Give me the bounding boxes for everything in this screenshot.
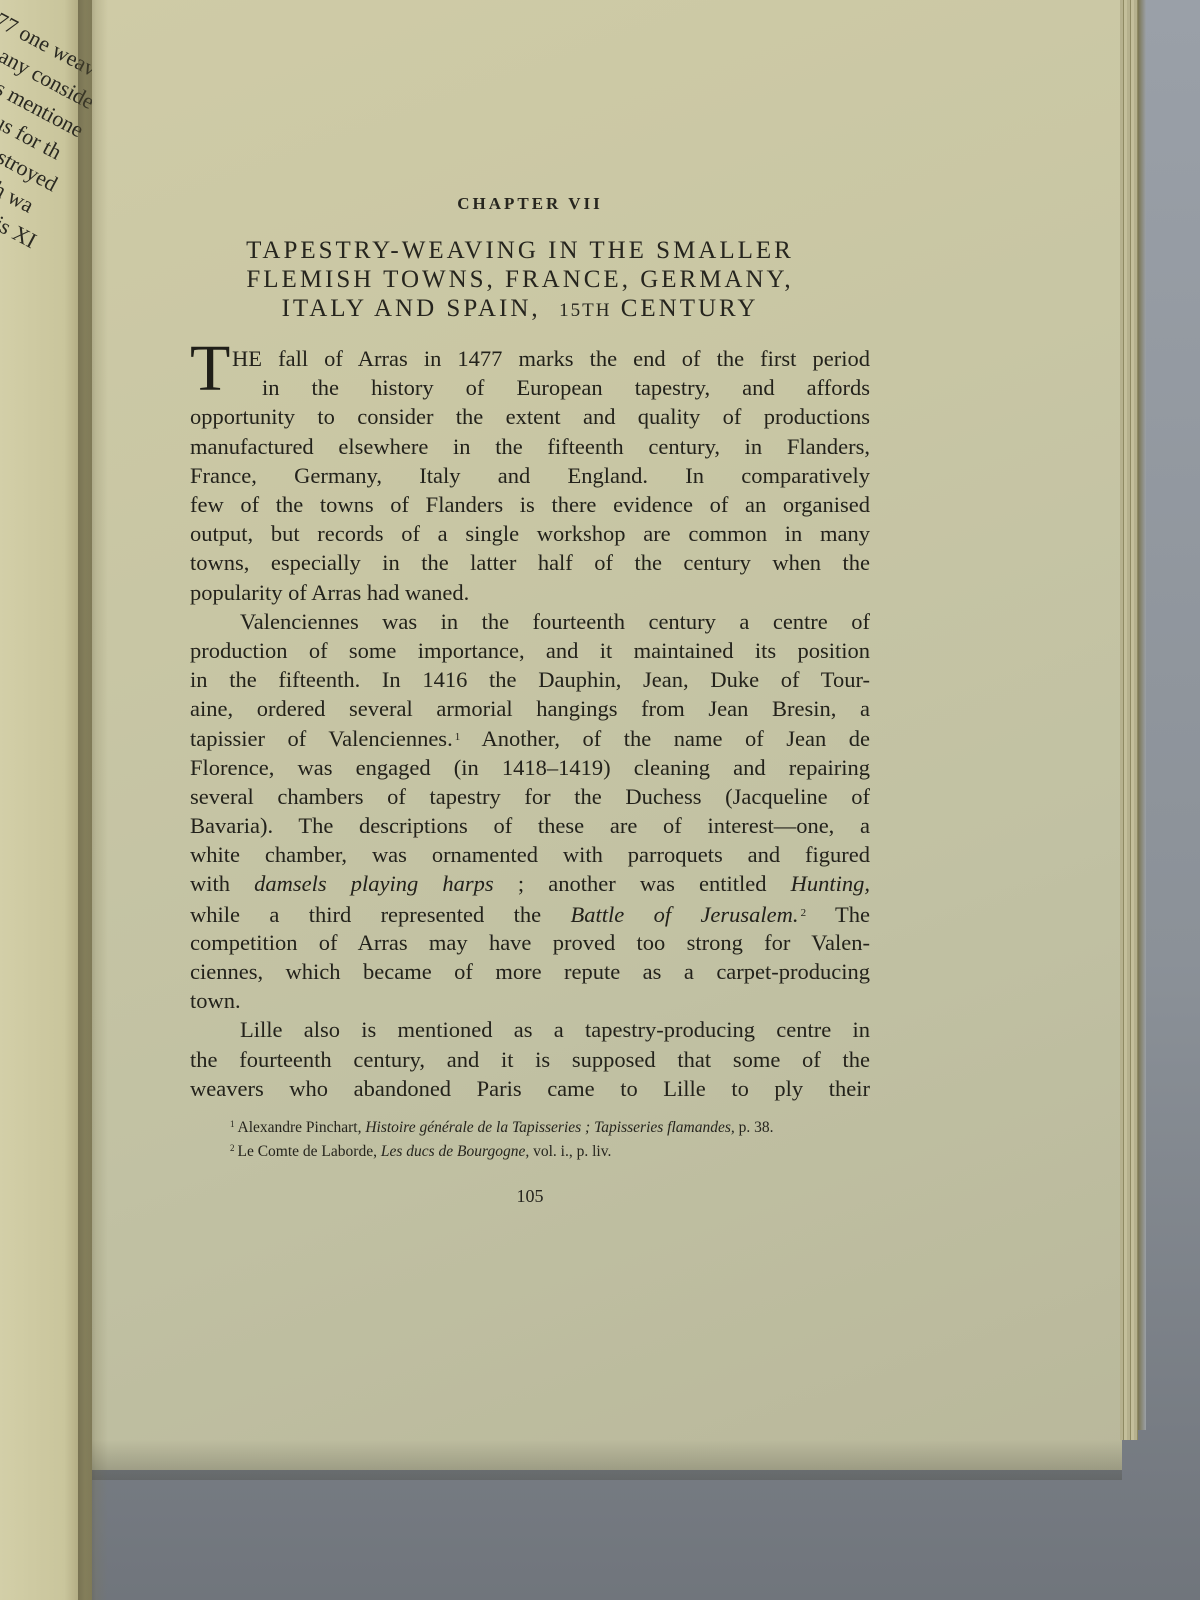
chapter-title: TAPESTRY-WEAVING IN THE SMALLER FLEMISH … [190, 236, 850, 325]
footnote-marker: 1 [230, 1119, 238, 1129]
chapter-title-line: ITALY AND SPAIN, 15TH CENTURY [190, 294, 850, 325]
text-line: Bavaria). The descriptions of these are … [190, 811, 870, 840]
text-line: production of some importance, and it ma… [190, 636, 870, 665]
text-line: manufactured elsewhere in the fifteenth … [190, 432, 870, 461]
century-suffix: TH [582, 300, 611, 321]
text-line: Florence, was engaged (in 1418–1419) cle… [190, 753, 870, 782]
century-number: 15 [559, 300, 582, 321]
page-edge-shadow [1138, 0, 1146, 1430]
italic-phrase: damsels playing harps [254, 871, 494, 896]
text-segment: Another, of the name of Jean de [460, 726, 870, 751]
text-line: with damsels playing harps ; another was… [190, 869, 870, 898]
chapter-title-line: FLEMISH TOWNS, FRANCE, GERMANY, [190, 265, 850, 294]
text-line: ciennes, which became of more repute as … [190, 957, 870, 986]
text-line: opportunity to consider the extent and q… [190, 402, 870, 431]
text-line: while a third represented the Battle of … [190, 899, 870, 928]
text-line: towns, especially in the latter half of … [190, 548, 870, 577]
chapter-label: CHAPTER VII [0, 194, 1060, 214]
footnote-1: 1Alexandre Pinchart, Histoire générale d… [190, 1114, 880, 1138]
footnotes: 1Alexandre Pinchart, Histoire générale d… [190, 1114, 880, 1162]
italic-title: Battle of Jerusalem. [570, 902, 798, 927]
drop-cap: T [190, 340, 230, 398]
paragraph-3: Lille also is mentioned as a tapestry-pr… [190, 1015, 870, 1103]
text-segment: with [190, 871, 254, 896]
text-line: weavers who abandoned Paris came to Lill… [190, 1074, 870, 1103]
text-line: town. [190, 986, 870, 1015]
footnote-author: Le Comte de Laborde, [238, 1143, 381, 1160]
text-segment: while a third represented the [190, 902, 570, 927]
body-text: T HE fall of Arras in 1477 marks the end… [190, 344, 870, 1103]
italic-title: Hunting, [791, 871, 870, 896]
text-segment: ; another was entitled [494, 871, 791, 896]
paragraph-1: T HE fall of Arras in 1477 marks the end… [190, 344, 870, 607]
footnote-rest: p. 38. [735, 1119, 774, 1136]
chapter-title-line: TAPESTRY-WEAVING IN THE SMALLER [190, 236, 850, 265]
text-line: competition of Arras may have proved too… [190, 928, 870, 957]
text-line: aine, ordered several armorial hangings … [190, 694, 870, 723]
text-line: tapissier of Valenciennes.1 Another, of … [190, 723, 870, 752]
page-number: 105 [0, 1186, 1060, 1207]
century-word: CENTURY [621, 295, 759, 322]
page-edges [1120, 0, 1138, 1440]
text-line: the fourteenth century, and it is suppos… [190, 1045, 870, 1074]
text-line: HE fall of Arras in 1477 marks the end o… [190, 344, 870, 373]
text-segment: The [806, 902, 870, 927]
footnote-2: 2Le Comte de Laborde, Les ducs de Bourgo… [190, 1138, 880, 1162]
text-line: Valenciennes was in the fourteenth centu… [190, 607, 870, 636]
text-line: popularity of Arras had waned. [190, 578, 870, 607]
footnote-rest: vol. i., p. liv. [529, 1143, 611, 1160]
chapter-title-line-text: ITALY AND SPAIN, [282, 295, 541, 322]
page-bottom-shadow [92, 1440, 1122, 1480]
text-line: Lille also is mentioned as a tapestry-pr… [190, 1015, 870, 1044]
text-segment: tapissier of Valenciennes. [190, 726, 453, 751]
footnote-ref-2[interactable]: 2 [799, 907, 807, 919]
paragraph-2: Valenciennes was in the fourteenth centu… [190, 607, 870, 1016]
text-line: in the fifteenth. In 1416 the Dauphin, J… [190, 665, 870, 694]
text-line: several chambers of tapestry for the Duc… [190, 782, 870, 811]
text-line: few of the towns of Flanders is there ev… [190, 490, 870, 519]
text-line: France, Germany, Italy and England. In c… [190, 461, 870, 490]
footnote-title: Histoire générale de la Tapisseries ; Ta… [365, 1119, 734, 1136]
footnote-title: Les ducs de Bourgogne, [381, 1143, 529, 1160]
book-gutter [78, 0, 108, 1600]
text-line: output, but records of a single workshop… [190, 519, 870, 548]
footnote-marker: 2 [230, 1143, 238, 1153]
footnote-author: Alexandre Pinchart, [238, 1119, 366, 1136]
text-line: in the history of European tapestry, and… [190, 373, 870, 402]
text-line: white chamber, was ornamented with parro… [190, 840, 870, 869]
